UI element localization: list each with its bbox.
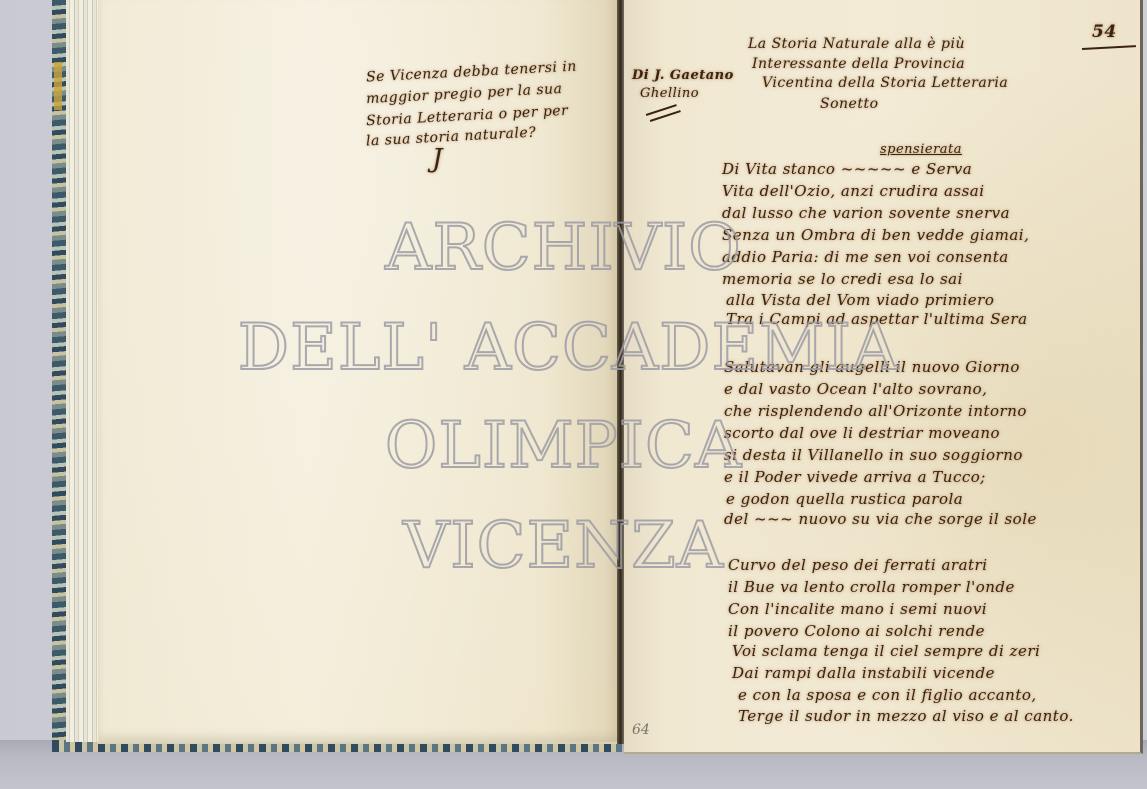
title-line-4: Sonetto: [820, 96, 879, 112]
manuscript-photo: Se Vicenza debba tenersi in maggior preg…: [0, 0, 1147, 789]
verse-1-1: Di Vita stanco ~~~~~ e Serva: [722, 158, 972, 180]
pencil-page-number: 64: [632, 722, 650, 738]
folio-number: 54: [1092, 22, 1117, 42]
verse-3-5: Voi sclama tenga il ciel sempre di zeri: [732, 640, 1040, 662]
title-line-2: Interessante della Provincia: [752, 56, 965, 72]
verse-2-7: e godon quella rustica parola: [726, 488, 963, 510]
verse-1-2: Vita dell'Ozio, anzi crudira assai: [722, 180, 985, 202]
verse-3-2: il Bue va lento crolla romper l'onde: [728, 576, 1015, 598]
title-line-1: La Storia Naturale alla è più: [748, 36, 965, 52]
verse-3-4: il povero Colono ai solchi rende: [728, 620, 985, 642]
cover-stain: [54, 62, 62, 110]
watermark-line-2: DELL' ACCADEMIA: [0, 316, 1142, 380]
watermark-line-3: OLIMPICA: [0, 414, 1137, 478]
title-line-3: Vicentina della Storia Letteraria: [762, 75, 1008, 91]
watermark-line-1: ARCHIVIO: [0, 216, 1137, 280]
correction-above: spensierata: [880, 142, 962, 157]
signature-mark: J: [432, 144, 443, 174]
verse-3-3: Con l'incalite mano i semi nuovi: [728, 598, 987, 620]
verse-3-6: Dai rampi dalla instabili vicende: [732, 662, 995, 684]
verse-3-7: e con la sposa e con il figlio accanto,: [738, 684, 1037, 706]
watermark-line-4: VICENZA: [0, 514, 1137, 578]
verse-3-8: Terge il sudor in mezzo al viso e al can…: [738, 705, 1074, 727]
author-note-line-1: Di J. Gaetano: [632, 68, 734, 83]
author-note-line-2: Ghellino: [640, 86, 699, 101]
